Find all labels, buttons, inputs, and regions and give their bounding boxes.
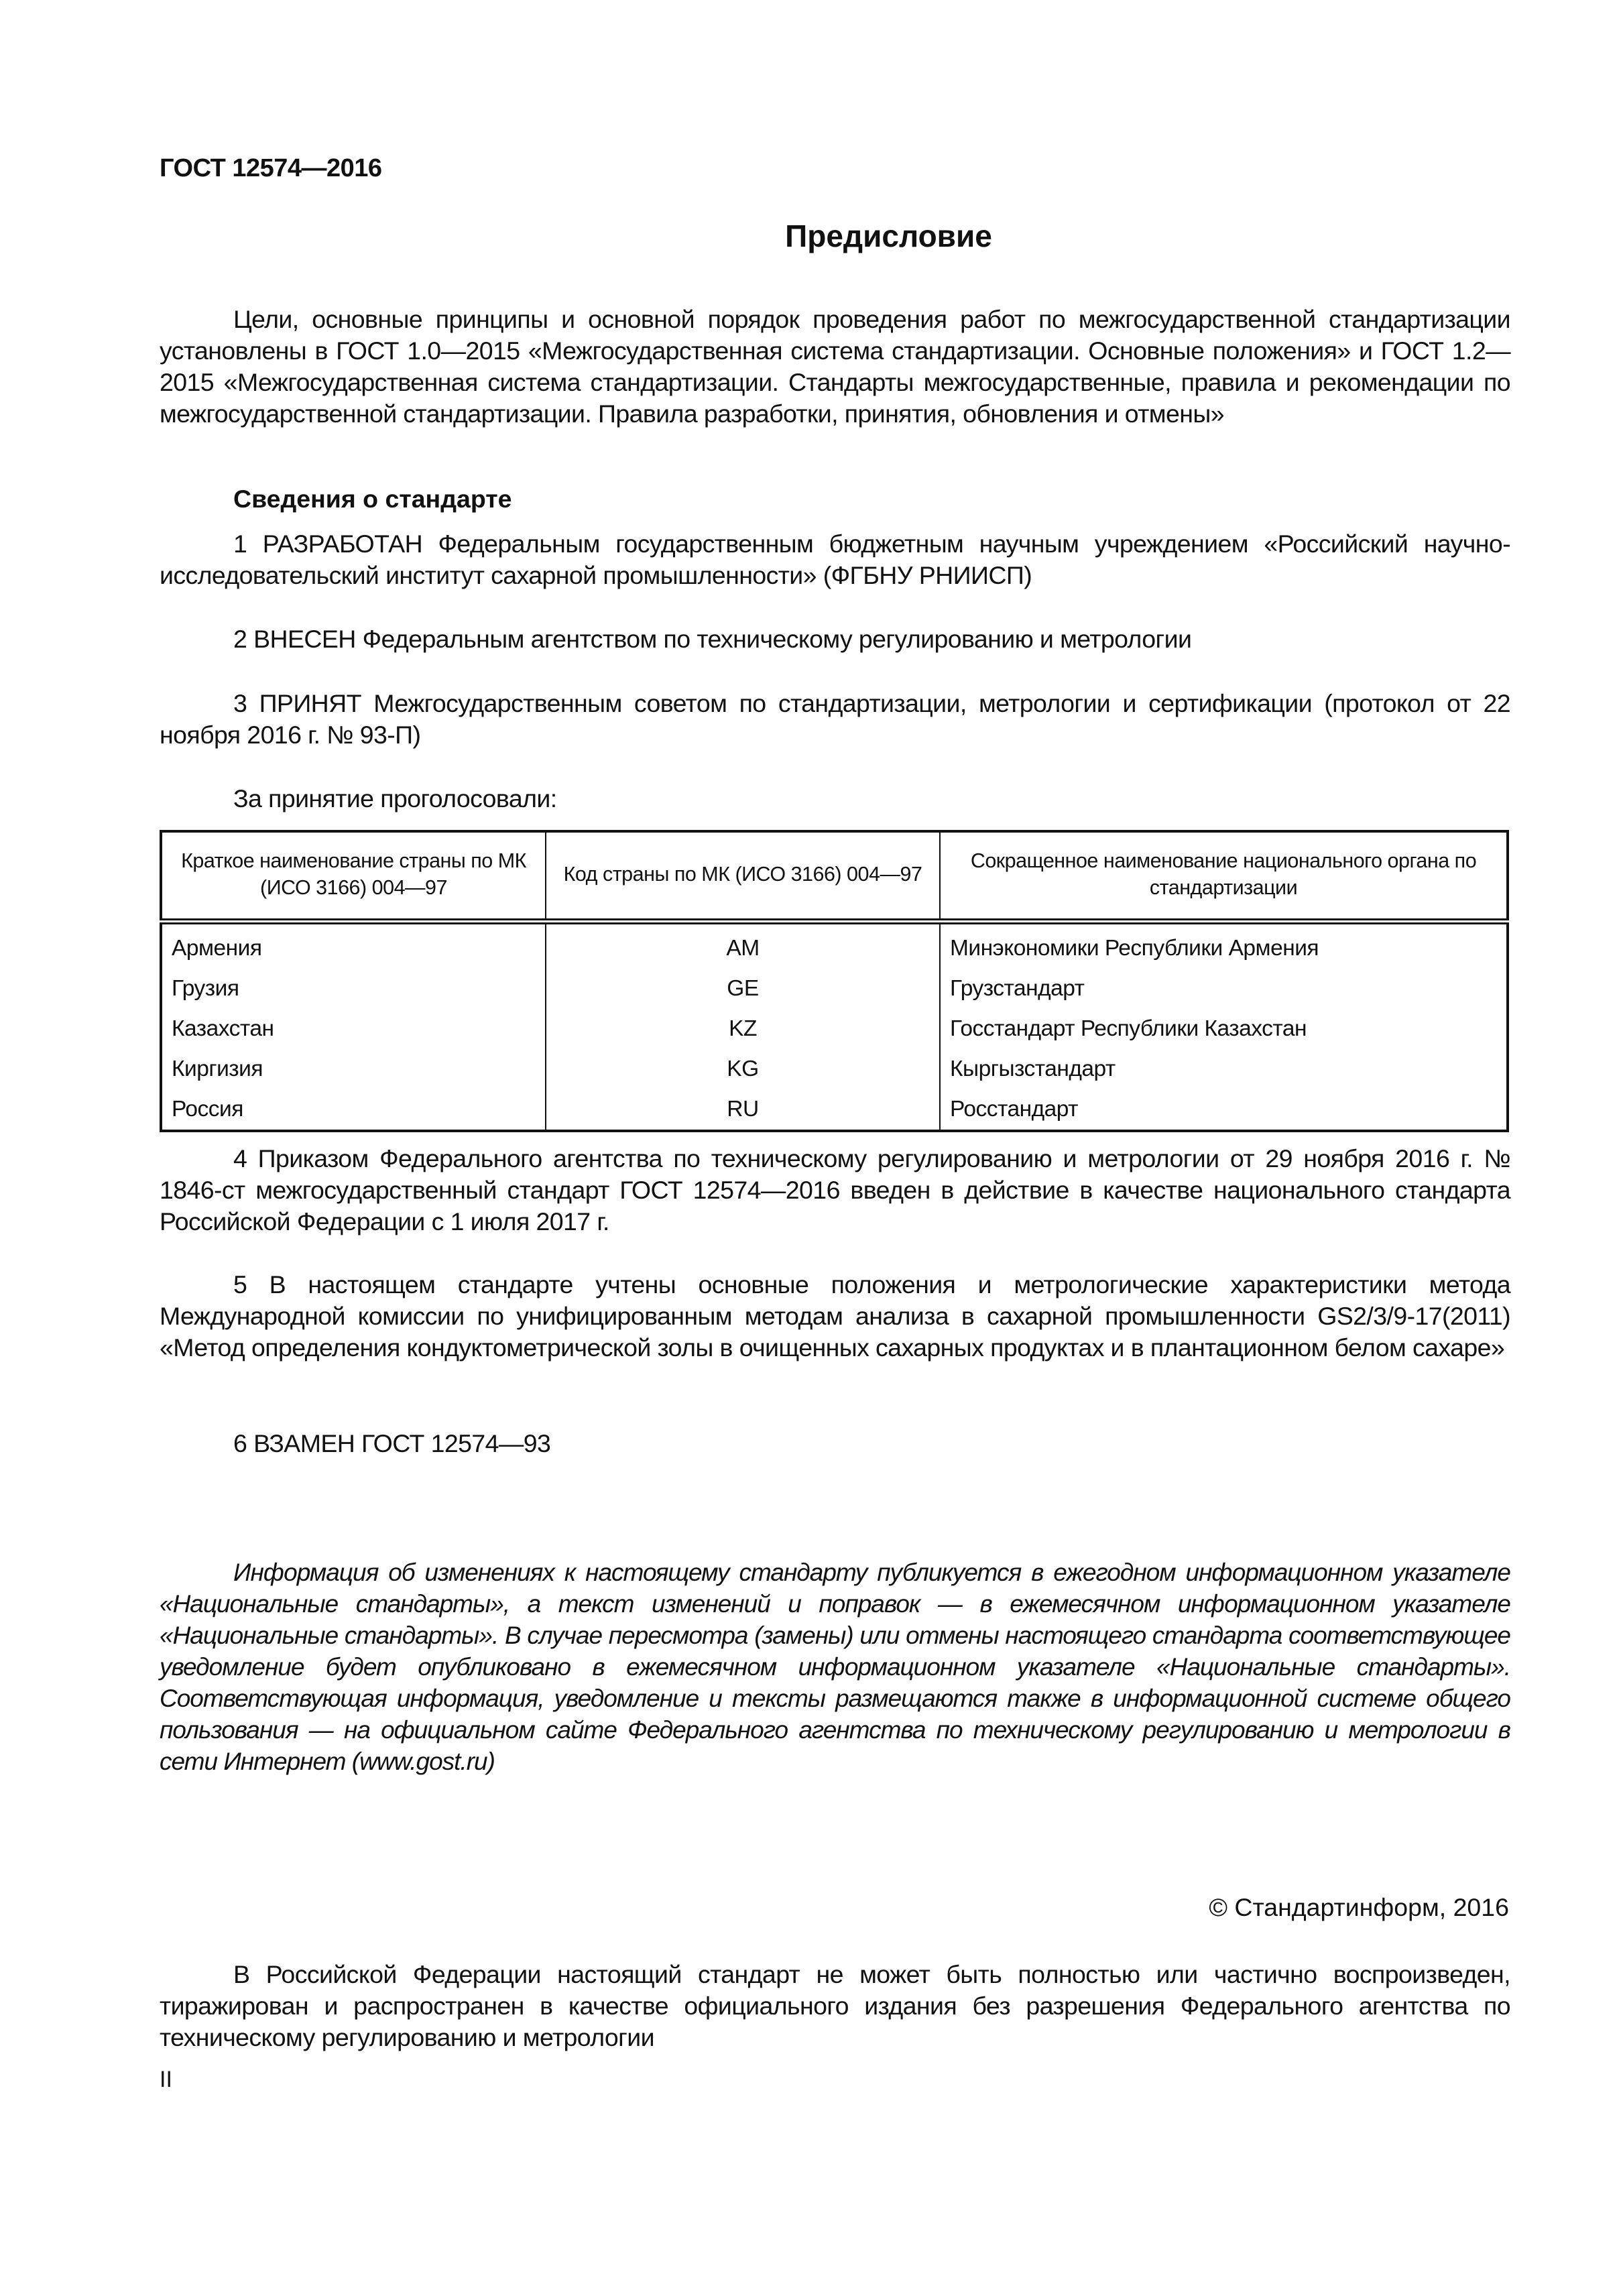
- voted-label: За принятие проголосовали:: [160, 783, 1510, 814]
- column-header-national-body: Сокращенное наименование национального о…: [940, 831, 1508, 922]
- column-header-code: Код страны по МК (ИСО 3166) 004—97: [546, 831, 940, 922]
- country-cell: Россия: [161, 1089, 546, 1131]
- copyright: © Стандартинформ, 2016: [1209, 1893, 1509, 1922]
- table-row: Казахстан KZ Госстандарт Республики Каза…: [161, 1009, 1508, 1049]
- document-code-header: ГОСТ 12574—2016: [160, 154, 382, 183]
- column-header-country: Краткое наименование страны по МК (ИСО 3…: [161, 831, 546, 922]
- info-item-accepted: 3 ПРИНЯТ Межгосударственным советом по с…: [160, 688, 1510, 751]
- code-cell: RU: [546, 1089, 940, 1131]
- code-cell: GE: [546, 969, 940, 1009]
- reproduction-rights: В Российской Федерации настоящий стандар…: [160, 1959, 1510, 2053]
- info-item-developed: 1 РАЗРАБОТАН Федеральным государственным…: [160, 528, 1510, 591]
- page-title: Предисловие: [0, 218, 1623, 254]
- table-row: Армения AM Минэкономики Республики Армен…: [161, 922, 1508, 969]
- info-item-replaces: 6 ВЗАМЕН ГОСТ 12574—93: [160, 1428, 1510, 1459]
- changes-notice: Информация об изменениях к настоящему ст…: [160, 1557, 1510, 1777]
- country-cell: Грузия: [161, 969, 546, 1009]
- table-row: Россия RU Росстандарт: [161, 1089, 1508, 1131]
- code-cell: AM: [546, 922, 940, 969]
- country-cell: Казахстан: [161, 1009, 546, 1049]
- country-cell: Армения: [161, 922, 546, 969]
- code-cell: KZ: [546, 1009, 940, 1049]
- page-number: II: [160, 2067, 172, 2093]
- info-item-order: 4 Приказом Федерального агентства по тех…: [160, 1143, 1510, 1237]
- code-cell: KG: [546, 1049, 940, 1089]
- standard-info-heading: Сведения о стандарте: [233, 485, 512, 513]
- national-body-cell: Госстандарт Республики Казахстан: [940, 1009, 1508, 1049]
- national-body-cell: Грузстандарт: [940, 969, 1508, 1009]
- table-header-row: Краткое наименование страны по МК (ИСО 3…: [161, 831, 1508, 922]
- table-row: Грузия GE Грузстандарт: [161, 969, 1508, 1009]
- national-body-cell: Росстандарт: [940, 1089, 1508, 1131]
- table-row: Киргизия KG Кыргызстандарт: [161, 1049, 1508, 1089]
- info-item-introduced: 2 ВНЕСЕН Федеральным агентством по техни…: [160, 623, 1510, 655]
- national-body-cell: Кыргызстандарт: [940, 1049, 1508, 1089]
- vote-table: Краткое наименование страны по МК (ИСО 3…: [160, 830, 1509, 1132]
- national-body-cell: Минэкономики Республики Армения: [940, 922, 1508, 969]
- country-cell: Киргизия: [161, 1049, 546, 1089]
- info-item-considered: 5 В настоящем стандарте учтены основные …: [160, 1269, 1510, 1364]
- document-page: ГОСТ 12574—2016 Предисловие Цели, основн…: [0, 0, 1623, 2296]
- intro-paragraph: Цели, основные принципы и основной поряд…: [160, 304, 1510, 430]
